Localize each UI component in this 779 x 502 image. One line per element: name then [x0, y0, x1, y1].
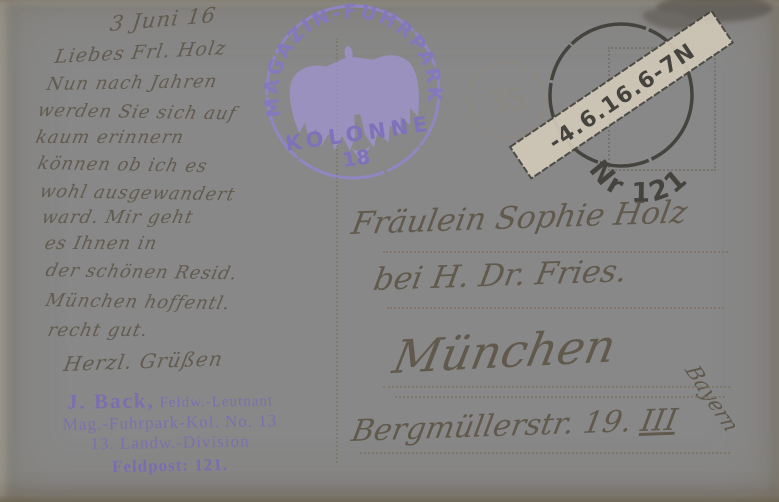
postal-marks-layer: MAGAZIN-FUHRPARK KOLONNE 18 35 -4.6.16.6…: [0, 0, 779, 502]
censor-mark: 35: [469, 62, 545, 138]
postcard: 3 Juni 16 Liebes Frl. Holz Nun nach Jahr…: [0, 0, 779, 502]
postmark: -4.6.16.6-7N Nr 121: [510, 11, 733, 209]
unit-stamp-number: 18: [341, 144, 372, 172]
censor-number: 35: [486, 81, 529, 121]
unit-rubber-stamp: MAGAZIN-FUHRPARK KOLONNE 18: [248, 0, 458, 190]
